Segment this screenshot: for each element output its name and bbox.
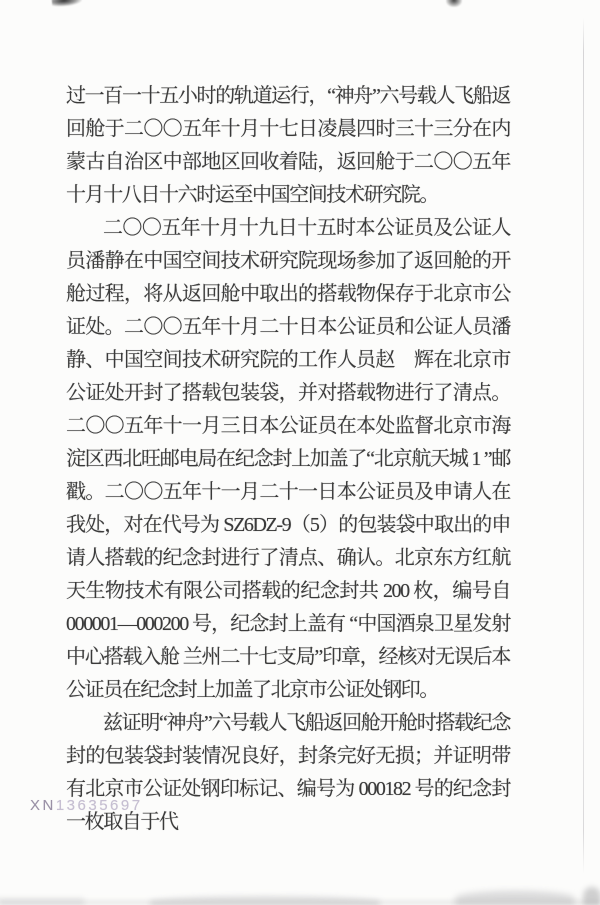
- serial-watermark-number: 13635697: [56, 797, 143, 814]
- body-paragraph: 兹证明“神舟”六号载人飞船返回舱开舱时搭载纪念封的包装袋封装情况良好，封条完好无…: [66, 707, 510, 839]
- scan-page-edge-line: [583, 18, 584, 874]
- scan-smudge-top-left: [52, 0, 82, 7]
- scan-bottom-smudge: [0, 898, 84, 905]
- scan-bottom-smudge: [583, 887, 600, 905]
- scan-bottom-smudge: [150, 896, 380, 905]
- document-body: 过一百一十五小时的轨道运行，“神舟”六号载人飞船返回舱于二〇〇五年十月十七日凌晨…: [66, 80, 510, 839]
- serial-watermark: XN13635697: [30, 797, 143, 814]
- scan-smudge-top-right: [446, 0, 462, 7]
- scan-bottom-smudge: [455, 891, 575, 905]
- scanned-page: 过一百一十五小时的轨道运行，“神舟”六号载人飞船返回舱于二〇〇五年十月十七日凌晨…: [0, 0, 600, 905]
- body-paragraph: 过一百一十五小时的轨道运行，“神舟”六号载人飞船返回舱于二〇〇五年十月十七日凌晨…: [66, 80, 510, 212]
- body-paragraph: 二〇〇五年十月十九日十五时本公证员及公证人员潘静在中国空间技术研究院现场参加了返…: [66, 212, 510, 707]
- serial-watermark-prefix: XN: [30, 797, 56, 814]
